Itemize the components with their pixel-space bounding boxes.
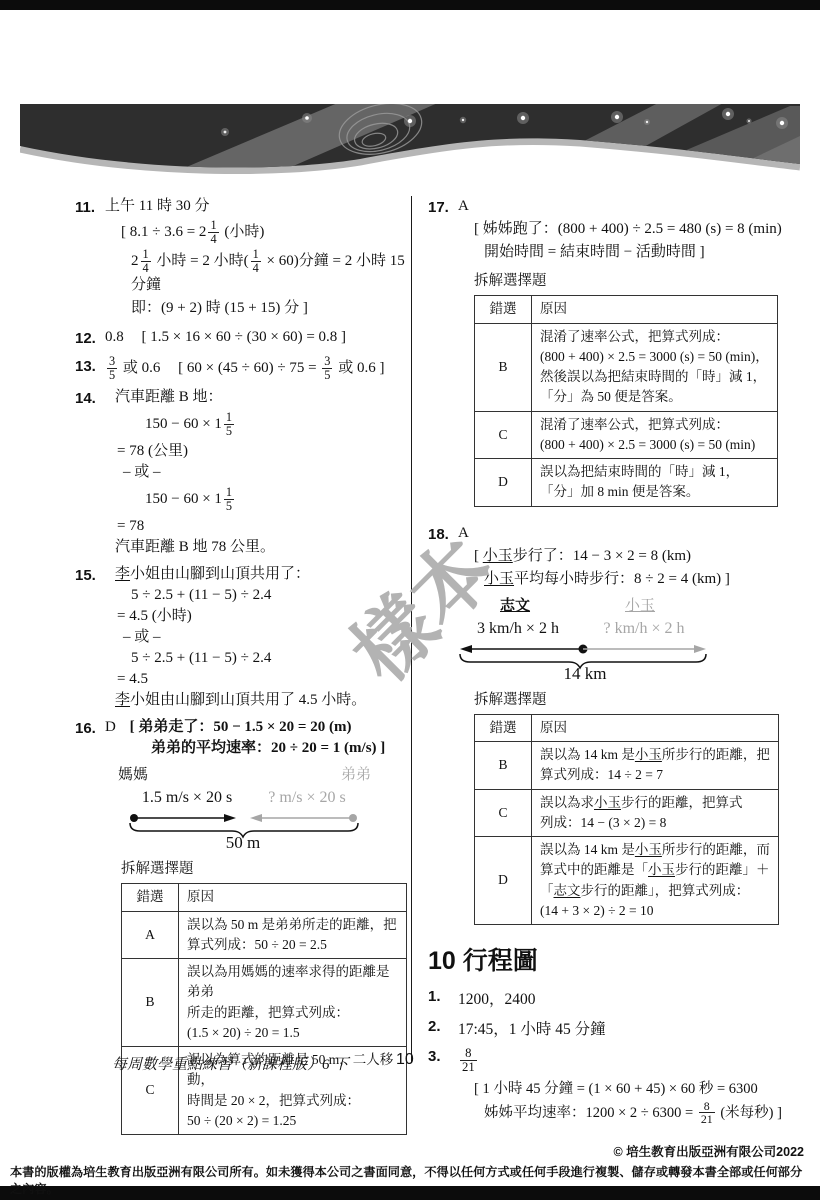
question-number: 17. (428, 196, 458, 517)
result-line: = 78 (公里) (117, 441, 407, 462)
copyright-line: © 培生教育出版亞洲有限公司2022 (614, 1142, 805, 1160)
answer-letter: D (105, 719, 116, 735)
formula-line: 5 ÷ 2.5 + (11 − 5) ÷ 2.4 (131, 648, 407, 669)
page-number: 10 (396, 1051, 414, 1069)
breakdown-title: 拆解選擇題 (121, 859, 407, 879)
right-column: 17. A [ 姊姊跑了：(800 + 400) ÷ 2.5 = 480 (s)… (428, 196, 802, 1136)
table-row: B 誤以為 14 km 是小玉所步行的距離，把算式列成：14 ÷ 2 = 7 (475, 742, 779, 790)
table-row: B 誤以為用媽媽的速率求得的距離是弟弟所走的距離，把算式列成：(1.5 × 20… (122, 959, 407, 1047)
breakdown-table-17: 錯選 原因 B 混淆了速率公式，把算式列成：(800 + 400) × 2.5 … (474, 295, 778, 506)
rate-label-right: ? m/s × 20 s (251, 787, 363, 809)
question-number: 16. (75, 717, 105, 1145)
answer-line: 汽車距離 B 地： (115, 387, 407, 408)
question-12: 12. 0.8 [ 1.5 × 16 × 60 ÷ (30 × 60) = 0.… (75, 327, 407, 349)
top-black-bar (0, 0, 820, 10)
table-header-row: 錯選 原因 (122, 884, 407, 911)
answer-text: 0.8 (105, 329, 124, 345)
question-15: 15. 李小姐由山腳到山頂共用了： 5 ÷ 2.5 + (11 − 5) ÷ 2… (75, 564, 407, 711)
total-distance-label: 50 m (203, 831, 283, 855)
table-row: D 誤以為把結束時間的「時」減 1，「分」加 8 min 便是答案。 (475, 459, 778, 507)
conclusion-line: 汽車距離 B 地 78 公里。 (115, 537, 407, 558)
answer-text: 17:45，1 小時 45 分鐘 (458, 1017, 802, 1039)
total-distance-label: 14 km (540, 662, 630, 686)
col-header-wrong: 錯選 (475, 296, 532, 323)
working-line: 弟弟的平均速率：20 ÷ 20 = 1 (m/s) ] (151, 738, 407, 759)
result-line: = 78 (117, 516, 407, 537)
working-line: 即：(9 + 2) 時 (15 + 15) 分 ] (131, 298, 407, 319)
table-row: A 誤以為 50 m 是弟弟所走的距離，把算式列成：50 ÷ 20 = 2.5 (122, 911, 407, 959)
section-item-1: 1. 1200，2400 (428, 987, 802, 1009)
col-header-wrong: 錯選 (122, 884, 179, 911)
col-header-reason: 原因 (532, 714, 779, 741)
question-number: 12. (75, 327, 105, 349)
breakdown-title: 拆解選擇題 (474, 690, 802, 710)
person-label-mother: 媽媽 (118, 765, 148, 786)
question-number: 18. (428, 523, 458, 936)
working-line: [ 姊姊跑了：(800 + 400) ÷ 2.5 = 480 (s) = 8 (… (474, 219, 802, 240)
workbook-answer-page: 樣本 11. 上午 11 時 30 分 [ 8.1 ÷ 3.6 = 214 (小… (0, 0, 820, 1200)
table-header-row: 錯選 原因 (475, 714, 779, 741)
working-line: 小玉平均每小時步行：8 ÷ 2 = 4 (km) ] (484, 569, 802, 590)
decorative-banner (20, 102, 800, 174)
working-line: 開始時間 = 結束時間 − 活動時間 ] (484, 242, 802, 263)
footer-book-title: 每周數學重點練習（新課程版）6 下 (112, 1053, 348, 1074)
working-line: [ 8.1 ÷ 3.6 = 214 (小時) (121, 219, 407, 246)
formula-line: 150 − 60 × 115 (145, 411, 407, 438)
question-11: 11. 上午 11 時 30 分 [ 8.1 ÷ 3.6 = 214 (小時) … (75, 196, 407, 321)
question-number: 15. (75, 564, 105, 711)
rate-label-left: 3 km/h × 2 h (462, 618, 574, 640)
col-header-reason: 原因 (532, 296, 778, 323)
distance-diagram-16: 媽媽 弟弟 1.5 m/s × 20 s ? m/s × 20 s 50 m (105, 765, 407, 851)
person-label-xiaoyu: 小玉 (625, 596, 655, 617)
table-row: C 誤以為求小玉步行的距離，把算式列成：14 − (3 × 2) = 8 (475, 789, 779, 837)
answer-text: 35 或 0.6 (105, 360, 160, 376)
answer-text: 上午 11 時 30 分 (105, 196, 407, 217)
table-row: B 混淆了速率公式，把算式列成：(800 + 400) × 2.5 = 3000… (475, 323, 778, 411)
breakdown-table-18: 錯選 原因 B 誤以為 14 km 是小玉所步行的距離，把算式列成：14 ÷ 2… (474, 714, 779, 925)
breakdown-table-16: 錯選 原因 A 誤以為 50 m 是弟弟所走的距離，把算式列成：50 ÷ 20 … (121, 883, 407, 1135)
person-label-zhiwen: 志文 (500, 596, 530, 617)
answer-line: 李小姐由山腳到山頂共用了： (115, 564, 407, 585)
col-header-wrong: 錯選 (475, 714, 532, 741)
person-label-brother: 弟弟 (341, 765, 371, 786)
question-17: 17. A [ 姊姊跑了：(800 + 400) ÷ 2.5 = 480 (s)… (428, 196, 802, 517)
working-line: [ 60 × (45 ÷ 60) ÷ 75 = 35 或 0.6 ] (178, 360, 384, 376)
table-row: C 混淆了速率公式，把算式列成：(800 + 400) × 2.5 = 3000… (475, 411, 778, 459)
rate-label-left: 1.5 m/s × 20 s (131, 787, 243, 809)
section-item-2: 2. 17:45，1 小時 45 分鐘 (428, 1017, 802, 1039)
formula-line: 5 ÷ 2.5 + (11 − 5) ÷ 2.4 (131, 585, 407, 606)
question-16: 16. D [ 弟弟走了：50 − 1.5 × 20 = 20 (m) 弟弟的平… (75, 717, 407, 1145)
working-line: 214 小時 = 2 小時(14 × 60)分鐘 = 2 小時 15 分鐘 (131, 248, 407, 296)
working-line: [ 小玉步行了：14 − 3 × 2 = 8 (km) (474, 546, 802, 567)
result-line: = 4.5 (117, 669, 407, 690)
question-18: 18. A [ 小玉步行了：14 − 3 × 2 = 8 (km) 小玉平均每小… (428, 523, 802, 936)
question-number: 14. (75, 387, 105, 558)
answer-letter: A (458, 523, 802, 544)
question-number: 11. (75, 196, 105, 321)
question-14: 14. 汽車距離 B 地： 150 − 60 × 115 = 78 (公里) –… (75, 387, 407, 558)
formula-line: 150 − 60 × 115 (145, 486, 407, 513)
question-13: 13. 35 或 0.6 [ 60 × (45 ÷ 60) ÷ 75 = 35 … (75, 355, 407, 382)
working-line: 姊姊平均速率：1200 × 2 ÷ 6300 = 821 (米每秒) ] (484, 1100, 802, 1126)
copyright-notice: 本書的版權為培生教育出版亞洲有限公司所有。如未獲得本公司之書面同意，不得以任何方… (10, 1163, 810, 1197)
breakdown-title: 拆解選擇題 (474, 271, 802, 291)
conclusion-line: 李小姐由山腳到山頂共用了 4.5 小時。 (115, 690, 407, 711)
or-separator: – 或 – (123, 462, 407, 483)
section-heading: 10 行程圖 (428, 941, 802, 977)
or-separator: – 或 – (123, 627, 407, 648)
section-item-3: 3. 821 [ 1 小時 45 分鐘 = (1 × 60 + 45) × 60… (428, 1047, 802, 1128)
table-header-row: 錯選 原因 (475, 296, 778, 323)
working-line: [ 1.5 × 16 × 60 ÷ (30 × 60) = 0.8 ] (142, 329, 347, 345)
working-line: [ 1 小時 45 分鐘 = (1 × 60 + 45) × 60 秒 = 63… (474, 1077, 802, 1098)
question-number: 13. (75, 355, 105, 382)
section-title: 行程圖 (463, 947, 538, 975)
result-line: = 4.5 (小時) (117, 606, 407, 627)
answer-letter: A (458, 196, 802, 217)
distance-diagram-18: 志文 小玉 3 km/h × 2 h ? km/h × 2 h 14 km (458, 596, 802, 682)
column-divider (411, 196, 412, 1062)
answer-text: 821 (458, 1047, 802, 1075)
left-column: 11. 上午 11 時 30 分 [ 8.1 ÷ 3.6 = 214 (小時) … (75, 196, 407, 1151)
rate-label-right: ? km/h × 2 h (588, 618, 700, 640)
working-line: [ 弟弟走了：50 − 1.5 × 20 = 20 (m) (130, 719, 352, 735)
section-number: 10 (428, 947, 456, 975)
col-header-reason: 原因 (179, 884, 407, 911)
answer-text: 1200，2400 (458, 987, 802, 1009)
table-row: D 誤以為 14 km 是小玉所步行的距離，而算式中的距離是「小玉步行的距離」＋… (475, 837, 779, 925)
